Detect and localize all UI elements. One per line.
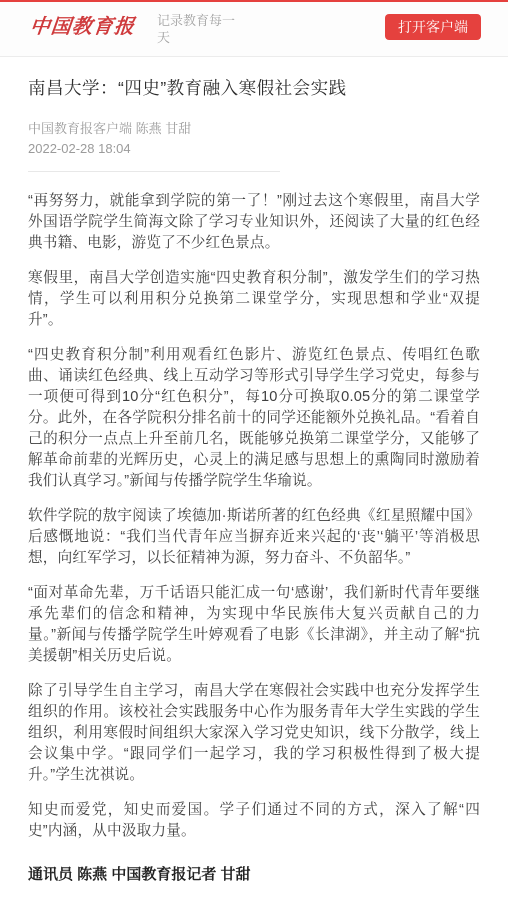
header: 中国教育报 记录教育每一天 打开客户端: [0, 2, 508, 57]
header-tagline: 记录教育每一天: [157, 12, 239, 46]
paragraph-7: 知史而爱党，知史而爱国。学子们通过不同的方式，深入了解“四史”内涵，从中汲取力量…: [28, 800, 480, 842]
article: 南昌大学：“四史”教育融入寒假社会实践 中国教育报客户端 陈燕 甘甜 2022-…: [0, 75, 508, 897]
divider: [28, 171, 280, 172]
paragraph-4: 软件学院的敖宇阅读了埃德加·斯诺所著的红色经典《红星照耀中国》后感慨地说：“我们…: [28, 506, 480, 569]
paragraph-2: 寒假里，南昌大学创造实施“四史教育积分制”，激发学生们的学习热情，学生可以利用积…: [28, 268, 480, 331]
brand-logo: 中国教育报: [28, 11, 136, 41]
article-body: “再努努力，就能拿到学院的第一了！”刚过去这个寒假里，南昌大学外国语学院学生简海…: [28, 191, 480, 842]
paragraph-1: “再努努力，就能拿到学院的第一了！”刚过去这个寒假里，南昌大学外国语学院学生简海…: [28, 191, 480, 254]
article-title: 南昌大学：“四史”教育融入寒假社会实践: [28, 75, 480, 101]
page: 中国教育报 记录教育每一天 打开客户端 南昌大学：“四史”教育融入寒假社会实践 …: [0, 0, 508, 897]
article-byline: 中国教育报客户端 陈燕 甘甜: [28, 121, 480, 137]
article-footer-credit: 通讯员 陈燕 中国教育报记者 甘甜: [28, 864, 480, 885]
article-datetime: 2022-02-28 18:04: [28, 141, 480, 157]
paragraph-6: 除了引导学生自主学习，南昌大学在寒假社会实践中也充分发挥学生组织的作用。该校社会…: [28, 681, 480, 786]
open-app-button[interactable]: 打开客户端: [385, 14, 481, 40]
paragraph-3: “四史教育积分制”利用观看红色影片、游览红色景点、传唱红色歌曲、诵读红色经典、线…: [28, 345, 480, 492]
paragraph-5: “面对革命先辈，万千话语只能汇成一句‘感谢’，我们新时代青年要继承先辈们的信念和…: [28, 583, 480, 667]
